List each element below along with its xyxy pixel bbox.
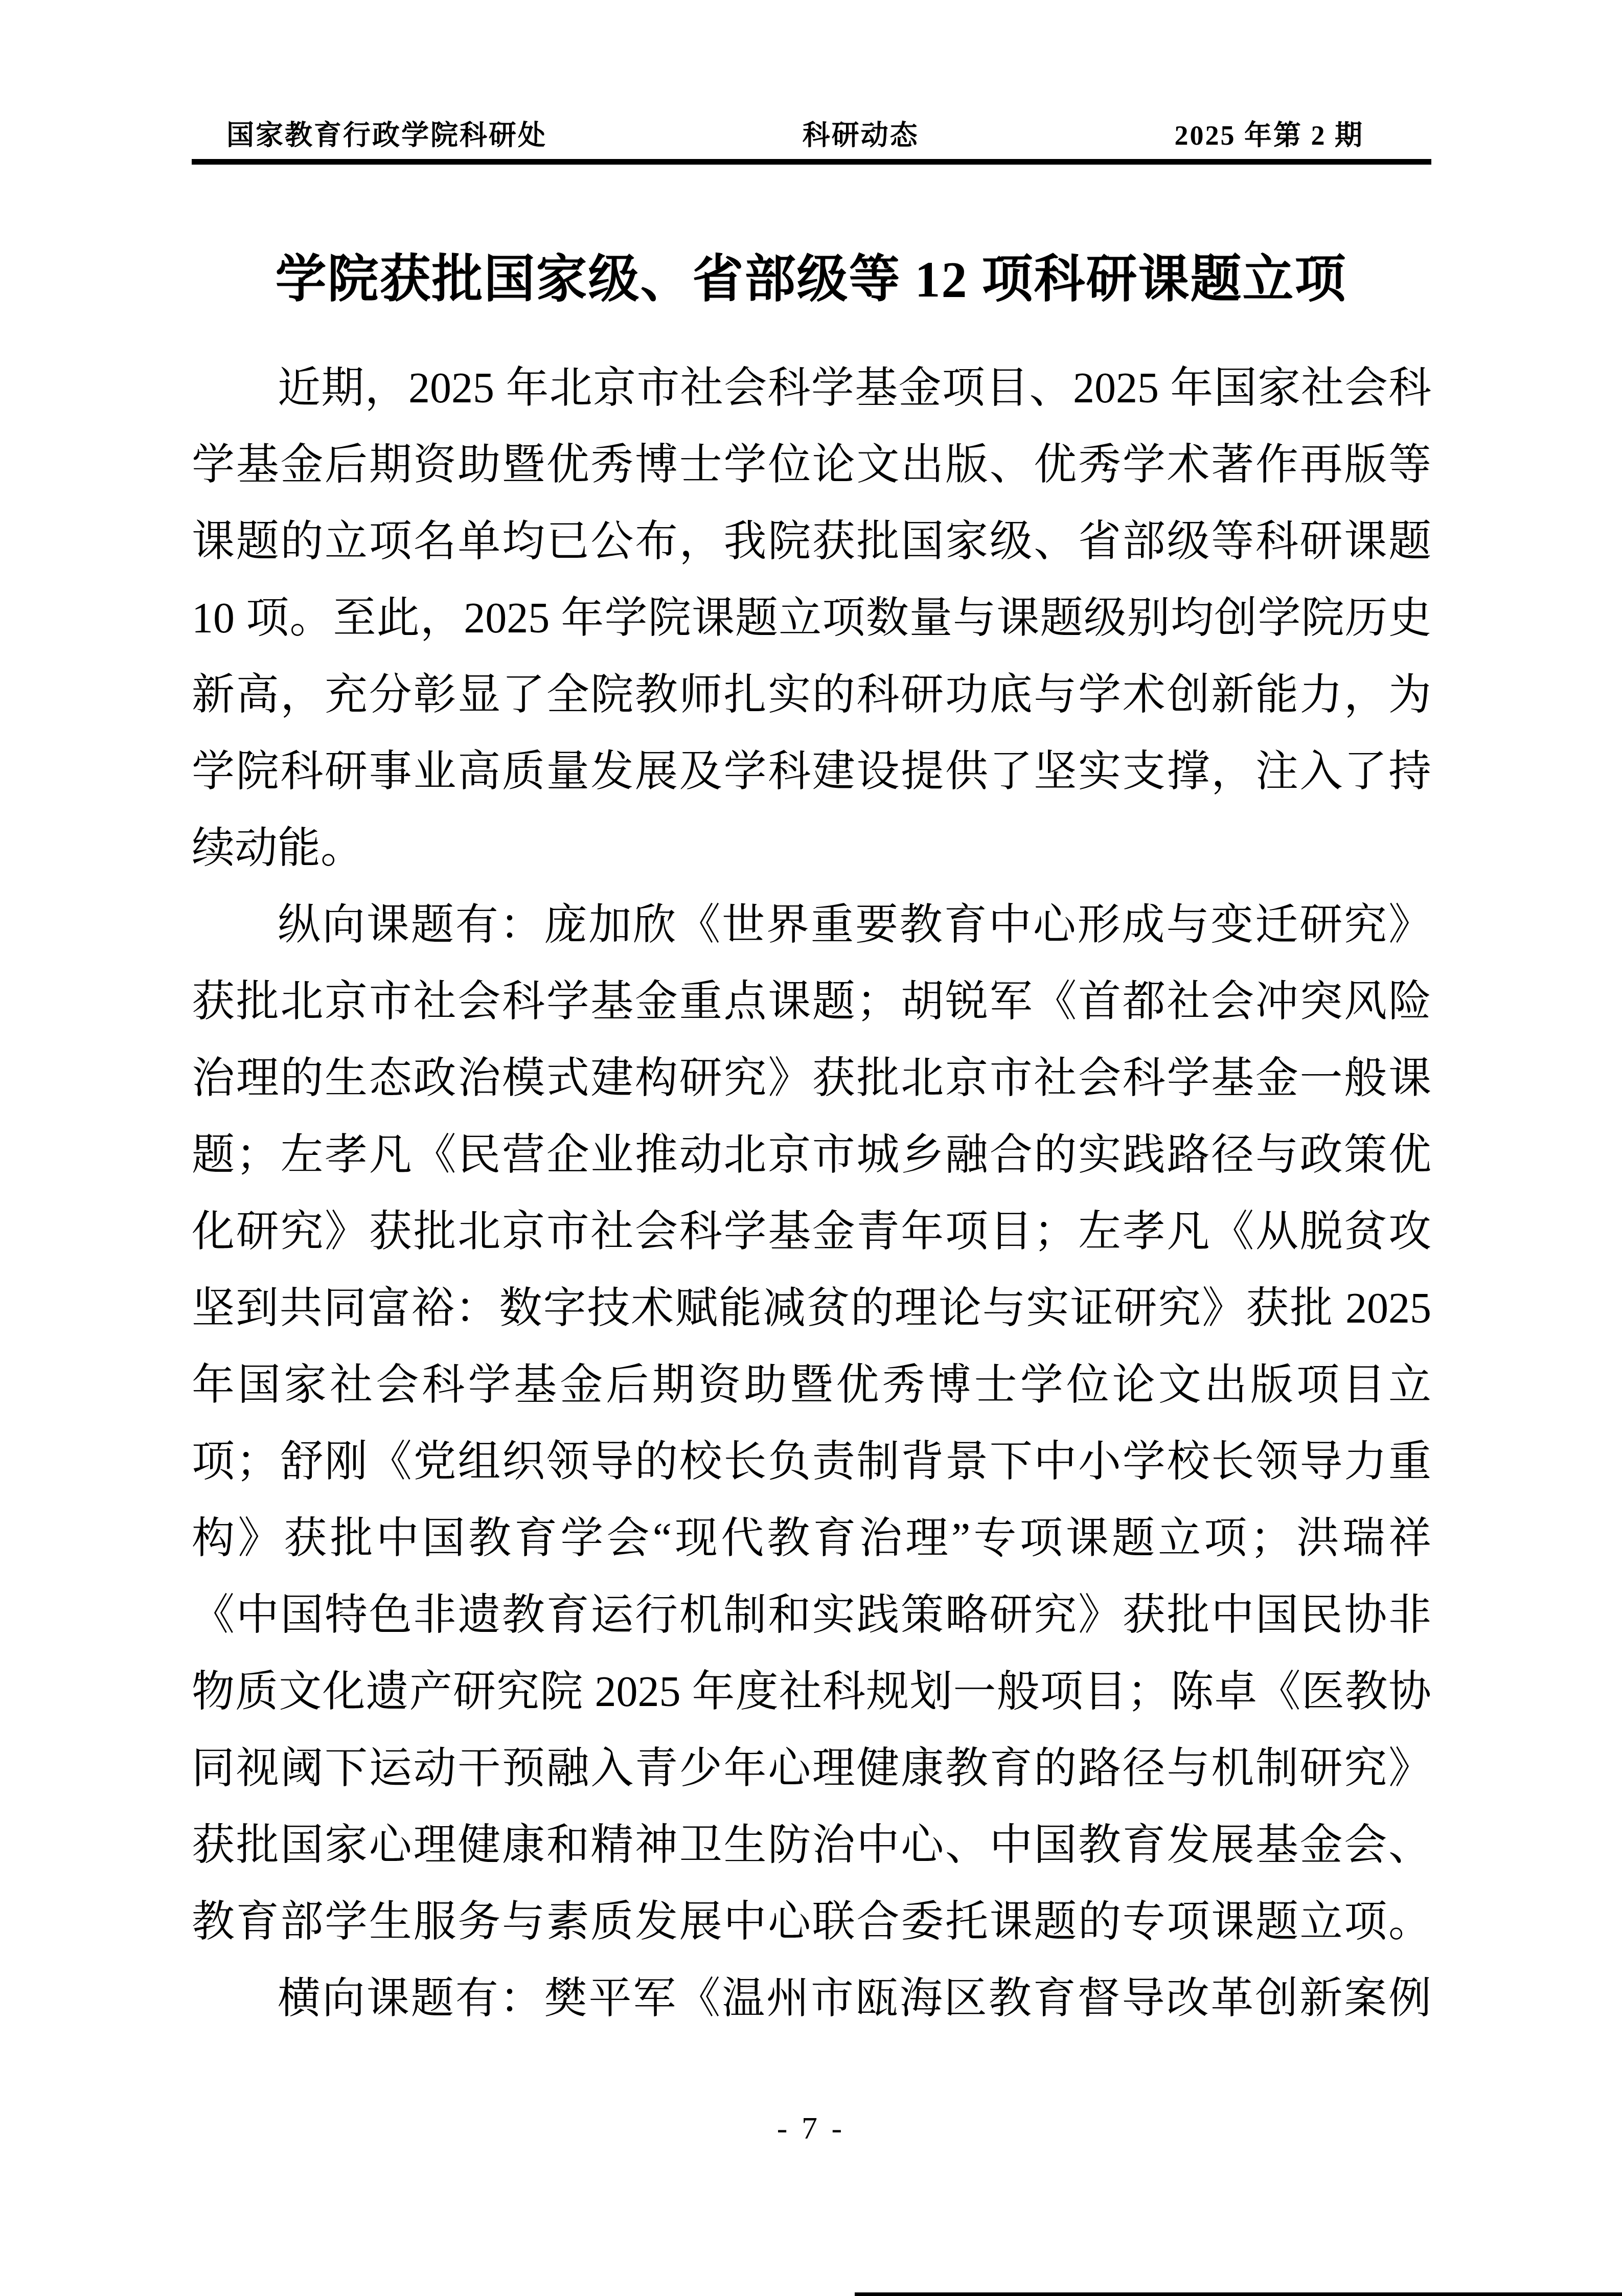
body-line: 近期，2025 年北京市社会科学基金项目、2025 年国家社会科: [192, 350, 1431, 427]
body-line: 横向课题有：樊平军《温州市瓯海区教育督导改革创新案例: [192, 1961, 1431, 2037]
body-line: 年国家社会科学基金后期资助暨优秀博士学位论文出版项目立: [192, 1347, 1431, 1424]
header-issue-number: 2025 年第 2 期: [1175, 113, 1364, 153]
body-line: 题；左孝凡《民营企业推动北京市城乡融合的实践路径与政策优: [192, 1117, 1431, 1194]
body-line: 同视阈下运动干预融入青少年心理健康教育的路径与机制研究》: [192, 1731, 1431, 1807]
article-body: 近期，2025 年北京市社会科学基金项目、2025 年国家社会科学基金后期资助暨…: [192, 350, 1431, 2037]
body-line: 构》获批中国教育学会“现代教育治理”专项课题立项；洪瑞祥: [192, 1501, 1431, 1577]
body-line: 化研究》获批北京市社会科学基金青年项目；左孝凡《从脱贫攻: [192, 1194, 1431, 1270]
body-line: 物质文化遗产研究院 2025 年度社科规划一般项目；陈卓《医教协: [192, 1654, 1431, 1731]
body-line: 课题的立项名单均已公布，我院获批国家级、省部级等科研课题: [192, 504, 1431, 580]
header-publication-name: 科研动态: [803, 113, 919, 153]
body-line: 治理的生态政治模式建构研究》获批北京市社会科学基金一般课: [192, 1040, 1431, 1117]
body-line: 项；舒刚《党组织领导的校长负责制背景下中小学校长领导力重: [192, 1424, 1431, 1501]
document-page: 国家教育行政学院科研处 科研动态 2025 年第 2 期 学院获批国家级、省部级…: [0, 0, 1622, 2296]
bottom-edge-scan-bar: [855, 2292, 1622, 2296]
body-line: 坚到共同富裕：数字技术赋能减贫的理论与实证研究》获批 2025: [192, 1270, 1431, 1347]
body-line: 纵向课题有：庞加欣《世界重要教育中心形成与变迁研究》: [192, 887, 1431, 964]
body-line: 《中国特色非遗教育运行机制和实践策略研究》获批中国民协非: [192, 1577, 1431, 1654]
body-line: 新高，充分彰显了全院教师扎实的科研功底与学术创新能力，为: [192, 657, 1431, 734]
body-line: 续动能。: [192, 810, 1431, 887]
page-number: - 7 -: [0, 2110, 1622, 2147]
body-line: 教育部学生服务与素质发展中心联合委托课题的专项课题立项。: [192, 1884, 1431, 1961]
header-divider-rule: [192, 159, 1431, 165]
body-line: 10 项。至此，2025 年学院课题立项数量与课题级别均创学院历史: [192, 580, 1431, 657]
body-line: 获批北京市社会科学基金重点课题；胡锐军《首都社会冲突风险: [192, 964, 1431, 1040]
page-header: 国家教育行政学院科研处 科研动态 2025 年第 2 期: [192, 113, 1431, 153]
body-line: 学基金后期资助暨优秀博士学位论文出版、优秀学术著作再版等: [192, 427, 1431, 504]
body-line: 获批国家心理健康和精神卫生防治中心、中国教育发展基金会、: [192, 1807, 1431, 1884]
body-line: 学院科研事业高质量发展及学科建设提供了坚实支撑，注入了持: [192, 734, 1431, 810]
article-title: 学院获批国家级、省部级等 12 项科研课题立项: [0, 238, 1622, 311]
header-issuer: 国家教育行政学院科研处: [226, 113, 547, 153]
